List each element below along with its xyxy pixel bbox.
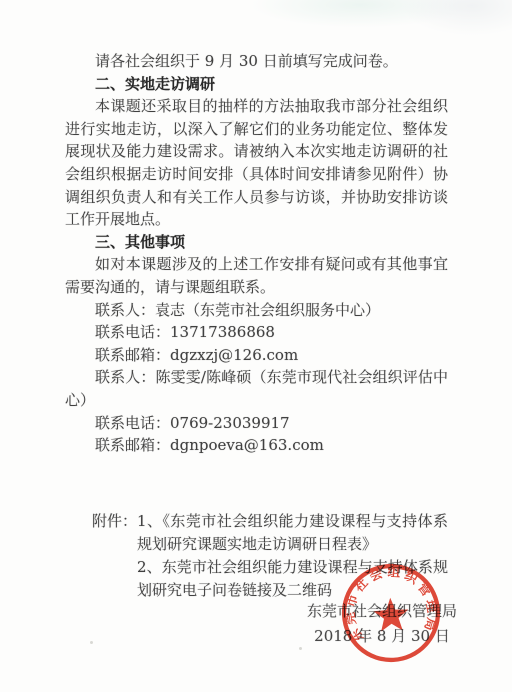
section-3-heading: 三、其他事项 [65,231,448,254]
intro-line: 请各社会组织于 9 月 30 日前填写完成问卷。 [65,50,448,73]
contact-person-line-1: 联系人：袁志（东莞市社会组织服务中心） [65,299,448,322]
contact-email-line-1: 联系邮箱：dgzxzj@126.com [65,344,448,367]
contact-phone-line-2: 联系电话：0769-23039917 [65,412,448,435]
contact-email-line-2: 联系邮箱：dgnpoeva@163.com [65,434,448,457]
section-2-body: 本课题还采取目的抽样的方法抽取我市部分社会组织进行实地走访，以深入了解它们的业务… [65,95,448,231]
official-seal-stamp: 东莞市社会组织管理局 [337,559,444,666]
attachments-label: 附件： [92,510,137,603]
star-icon [373,597,410,632]
scan-artifact-smudge [250,0,470,28]
document-text-block: 请各社会组织于 9 月 30 日前填写完成问卷。 二、实地走访调研 本课题还采取… [65,50,448,603]
contact-person-line-2: 联系人：陈雯雯/陈峰硕（东莞市现代社会组织评估中心） [65,366,448,411]
contact-phone-line-1: 联系电话：13717386868 [65,321,448,344]
scan-speck [90,641,93,644]
section-3-body: 如对本课题涉及的上述工作安排有疑问或有其他事宜需要沟通的，请与课题组联系。 [65,253,448,298]
section-2-heading: 二、实地走访调研 [65,73,448,96]
document-page: 请各社会组织于 9 月 30 日前填写完成问卷。 二、实地走访调研 本课题还采取… [0,0,512,692]
attachment-item-1: 1、《东莞市社会组织能力建设课程与支持体系规划研究课题实地走访调研日程表》 [137,510,448,556]
scan-artifact-corner [402,0,512,36]
